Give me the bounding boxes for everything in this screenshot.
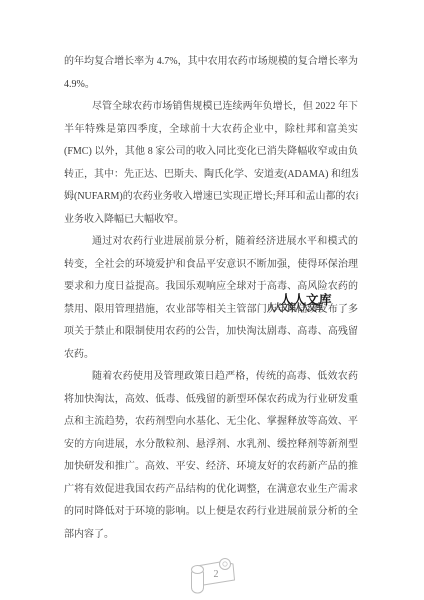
text-line: 通过对农药行业进展前景分析，随着经济进展水平和模式的 — [64, 231, 358, 254]
page-number: 2 — [214, 569, 219, 580]
watermark-overlay-text: 人人文库人人文库 — [267, 302, 328, 315]
text-line: 随着农药使用及管理政策日趋严格，传统的高毒、低效农药 — [64, 366, 358, 389]
text-line: (FMC) 以外，其他 8 家公司的收入同比变化已消失降幅收窄或由负 — [64, 141, 358, 164]
text-line: 加快研发和推广。高效、平安、经济、环境友好的农药新产品的推 — [64, 456, 358, 479]
text-line: 农药。 — [64, 344, 358, 367]
text-line: 业务收入降幅已大幅收窄。 — [64, 209, 358, 232]
text-line: 的年均复合增长率为 4.7%，其中农用农药市场规模的复合增长率为 — [64, 51, 358, 74]
text-line: 转变，全社会的环境爱护和食品平安意识不断加强，使得环保治理 — [64, 254, 358, 277]
text-line: 4.9%。 — [64, 74, 358, 97]
text-line: 广将有效促进我国农药产品结构的优化调整，在满意农业生产需求 — [64, 479, 358, 502]
page-number-scroll-icon: 2 — [186, 552, 242, 596]
text-line: 部内容了。 — [64, 524, 358, 547]
document-page: 的年均复合增长率为 4.7%，其中农用农药市场规模的复合增长率为4.9%。尽管全… — [0, 0, 424, 600]
text-line: 姆(NUFARM)的农药业务收入增速已实现正增长;拜耳和孟山都的农药 — [64, 186, 358, 209]
text-line: 半年特殊是第四季度，全球前十大农药企业中，除杜邦和富美实 — [64, 119, 358, 142]
text-line: 安的方向进展，水分散粒剂、悬浮剂、水乳剂、缓控释剂等新剂型 — [64, 434, 358, 457]
text-line: 的同时降低对于环境的影响。以上便是农药行业进展前景分析的全 — [64, 501, 358, 524]
text-line: 转正，其中：先正达、巴斯夫、陶氏化学、安道麦(ADAMA) 和纽发 — [64, 164, 358, 187]
text-line: 点和主流趋势，农药剂型向水基化、无尘化、掌握释放等高效、平 — [64, 411, 358, 434]
text-line: 将加快淘汰，高效、低毒、低残留的新型环保农药成为行业研发重 — [64, 389, 358, 412]
text-line: 项关于禁止和限制使用农药的公告，加快淘汰剧毒、高毒、高残留 — [64, 321, 358, 344]
text-line: 尽管全球农药市场销售规模已连续两年负增长，但 2022 年下 — [64, 96, 358, 119]
